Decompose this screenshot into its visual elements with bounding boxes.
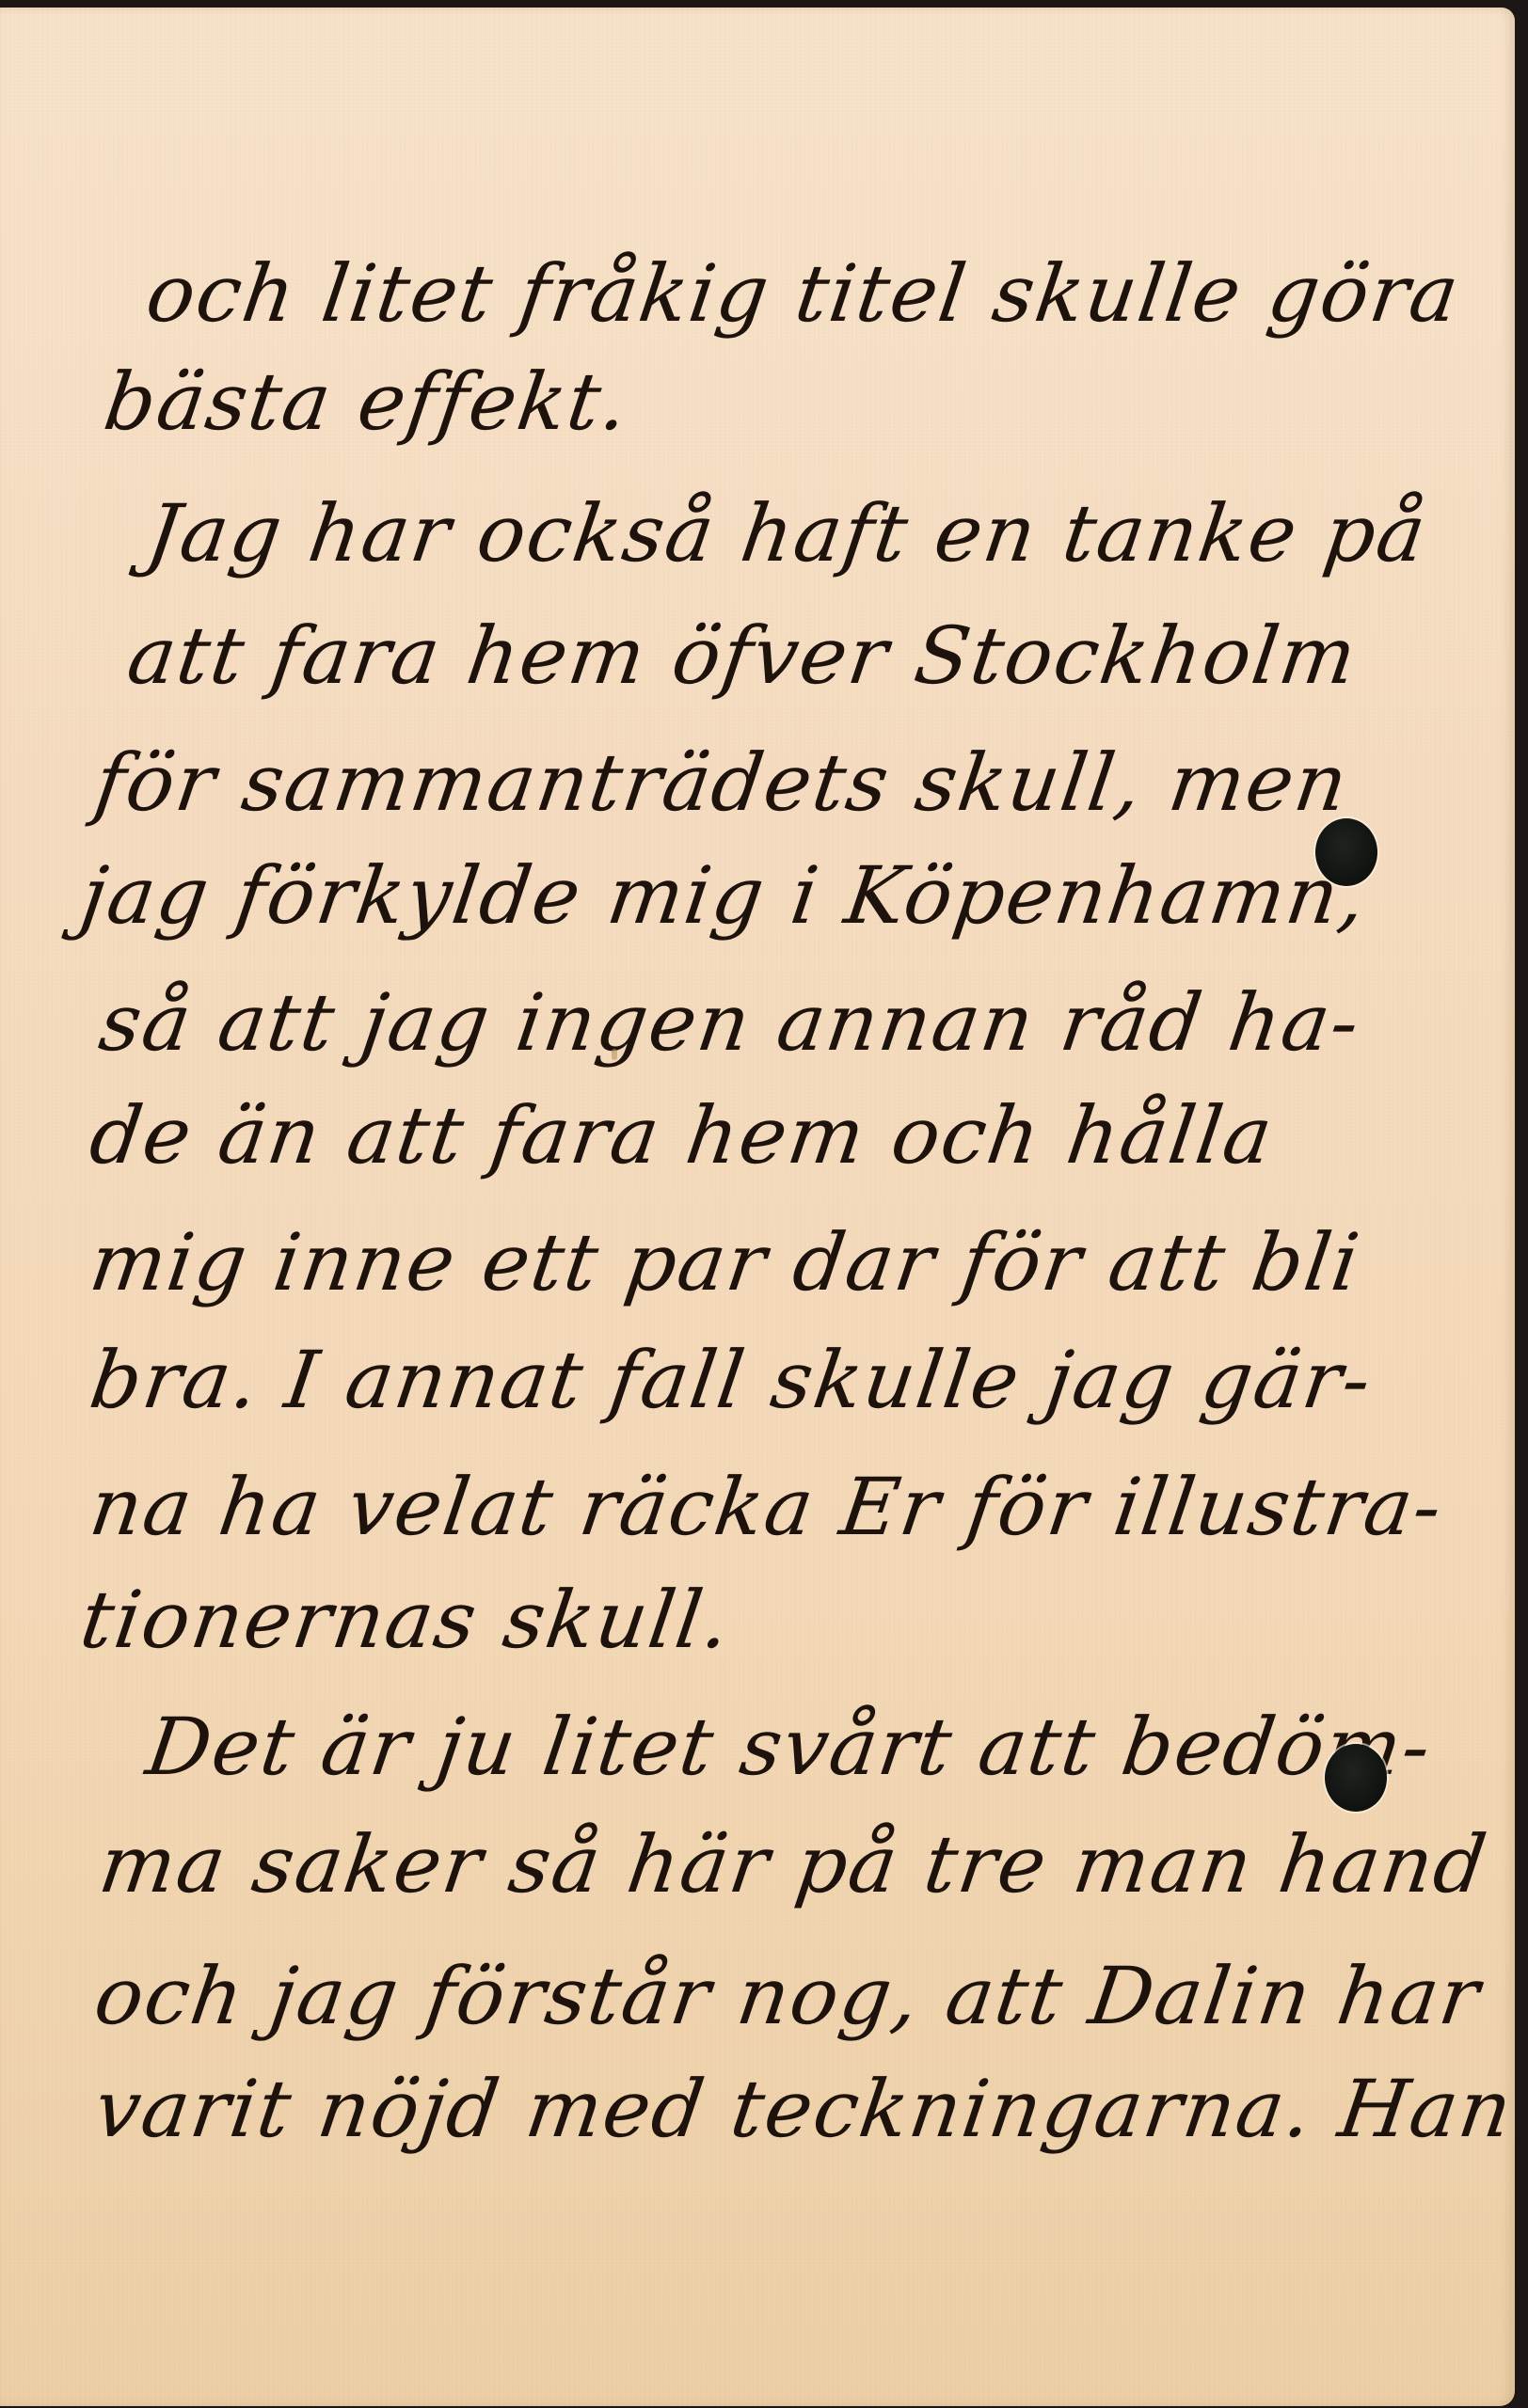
letter-line: för sammanträdets skull, men bbox=[89, 737, 1355, 829]
letter-line: ma saker så här på tre man hand bbox=[94, 1818, 1493, 1910]
photo-frame: och litet fråkig titel skulle göra bästa… bbox=[0, 0, 1528, 2408]
letter-line: bra. I annat fall skulle jag gär- bbox=[85, 1334, 1378, 1426]
letter-line: och jag förstår nog, att Dalin har bbox=[89, 1950, 1487, 2042]
letter-line: så att jag ingen annan råd ha- bbox=[94, 976, 1366, 1069]
letter-line: Det är ju litet svårt att bedöm- bbox=[141, 1701, 1438, 1793]
punch-hole bbox=[1325, 1744, 1387, 1812]
letter-page: och litet fråkig titel skulle göra bästa… bbox=[0, 8, 1515, 2406]
letter-line: na ha velat räcka Er för illustra- bbox=[85, 1461, 1449, 1553]
letter-line: Jag har också haft en tanke på bbox=[141, 487, 1433, 579]
letter-line: de än att fara hem och hålla bbox=[85, 1089, 1280, 1181]
letter-line: bästa effekt. bbox=[99, 356, 635, 448]
paper-stain bbox=[612, 1049, 617, 1060]
letter-line: mig inne ett par dar för att bli bbox=[85, 1216, 1366, 1308]
letter-line: tionernas skull. bbox=[75, 1574, 737, 1666]
letter-line: jag förkylde mig i Köpenhamn, bbox=[75, 849, 1373, 942]
letter-text: och litet fråkig titel skulle göra bästa… bbox=[0, 8, 1515, 2406]
letter-line: att fara hem öfver Stockholm bbox=[122, 610, 1363, 702]
letter-line: och litet fråkig titel skulle göra bbox=[141, 247, 1466, 340]
punch-hole bbox=[1315, 818, 1377, 886]
letter-line: varit nöjd med teckningarna. Han bbox=[89, 2063, 1519, 2155]
